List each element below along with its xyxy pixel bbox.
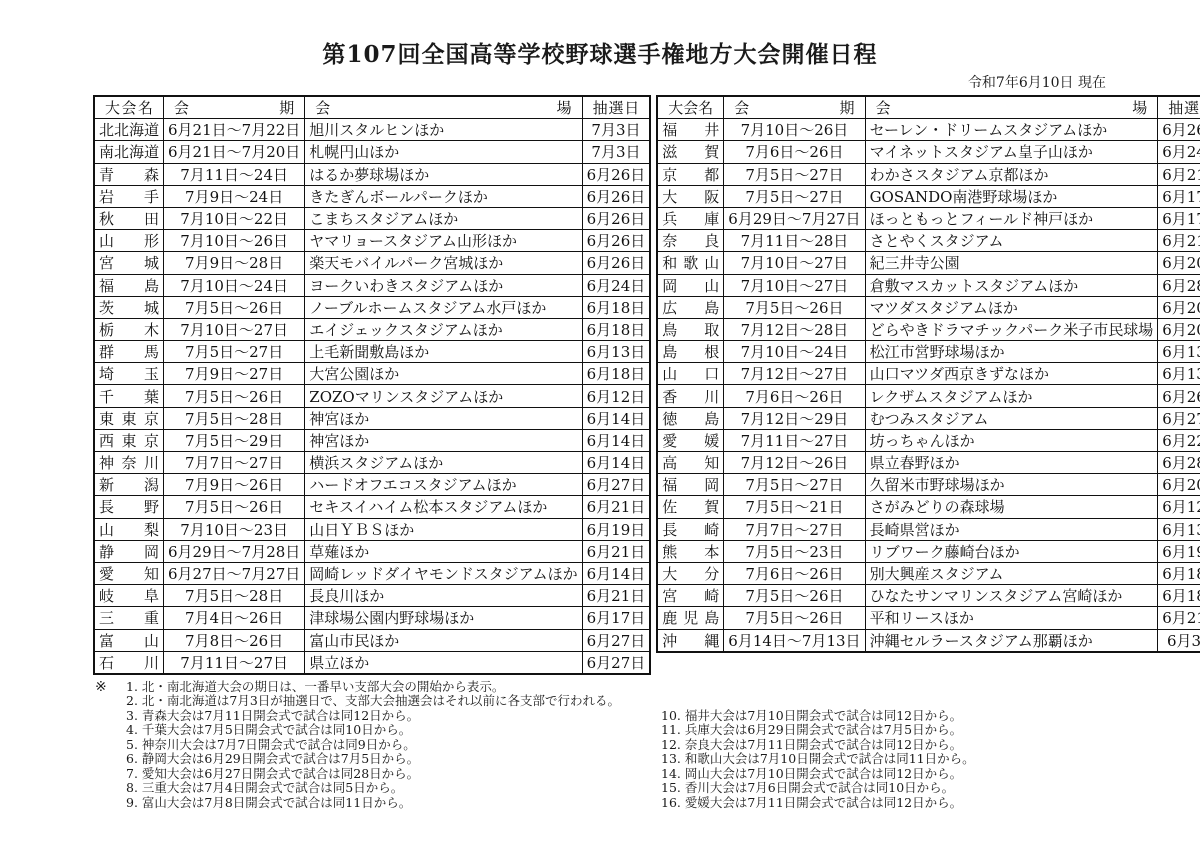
cell-venue: 長良川ほか xyxy=(305,585,582,607)
table-row: 東東京7月5日～28日神宮ほか6月14日 xyxy=(94,407,650,429)
cell-period: 7月9日～24日 xyxy=(164,185,305,207)
cell-tournament-name: 島根 xyxy=(657,341,724,363)
cell-tournament-name: 福井 xyxy=(657,119,724,141)
footnote-item: 1. 北・南北海道大会の期日は、一番早い支部大会の開始から表示。 xyxy=(126,680,661,695)
table-row: 南北海道6月21日～7月20日札幌円山ほか7月3日 xyxy=(94,141,650,163)
cell-tournament-name: 沖縄 xyxy=(657,629,724,652)
header-row: 大会名 会期 会場 抽選日 xyxy=(94,96,650,119)
table-row: 長野7月5日～26日セキスイハイム松本スタジアムほか6月21日 xyxy=(94,496,650,518)
cell-lottery-date: 6月20日 xyxy=(1158,296,1200,318)
cell-venue: 岡崎レッドダイヤモンドスタジアムほか xyxy=(305,562,582,584)
cell-venue: 長崎県営ほか xyxy=(865,518,1158,540)
cell-venue: 富山市民ほか xyxy=(305,629,582,651)
cell-period: 7月5日～29日 xyxy=(164,429,305,451)
cell-lottery-date: 6月21日 xyxy=(1158,607,1200,629)
table-row: 群馬7月5日～27日上毛新聞敷島ほか6月13日 xyxy=(94,341,650,363)
cell-period: 7月11日～27日 xyxy=(164,651,305,674)
cell-lottery-date: 6月20日 xyxy=(1158,474,1200,496)
cell-tournament-name: 青森 xyxy=(94,163,164,185)
cell-period: 7月9日～27日 xyxy=(164,363,305,385)
cell-period: 7月5日～26日 xyxy=(724,585,865,607)
cell-tournament-name: 宮城 xyxy=(94,252,164,274)
cell-period: 7月12日～28日 xyxy=(724,318,865,340)
cell-venue: マツダスタジアムほか xyxy=(865,296,1158,318)
cell-lottery-date: 6月26日 xyxy=(1158,385,1200,407)
cell-lottery-date: 6月28日 xyxy=(1158,452,1200,474)
table-row: 富山7月8日～26日富山市民ほか6月27日 xyxy=(94,629,650,651)
cell-lottery-date: 6月27日 xyxy=(1158,407,1200,429)
cell-venue: GOSANDO南港野球場ほか xyxy=(865,185,1158,207)
table-row: 京都7月5日～27日わかさスタジアム京都ほか6月21日 xyxy=(657,163,1200,185)
cell-tournament-name: 秋田 xyxy=(94,207,164,229)
cell-lottery-date: 6月13日 xyxy=(1158,341,1200,363)
cell-tournament-name: 佐賀 xyxy=(657,496,724,518)
cell-venue: わかさスタジアム京都ほか xyxy=(865,163,1158,185)
document-page: 第107回全国高等学校野球選手権地方大会開催日程 令和7年6月10日 現在 大会… xyxy=(0,0,1200,849)
cell-lottery-date: 6月18日 xyxy=(582,296,650,318)
cell-lottery-date: 6月13日 xyxy=(582,341,650,363)
cell-period: 7月5日～28日 xyxy=(164,407,305,429)
table-row: 沖縄6月14日～7月13日沖縄セルラースタジアム那覇ほか6月3日 xyxy=(657,629,1200,652)
as-of-date: 令和7年6月10日 現在 xyxy=(0,72,1200,92)
column-header-venue: 会場 xyxy=(305,96,582,119)
table-row: 宮城7月9日～28日楽天モバイルパーク宮城ほか6月26日 xyxy=(94,252,650,274)
cell-lottery-date: 6月14日 xyxy=(582,407,650,429)
table-row: 山形7月10日～26日ヤマリョースタジアム山形ほか6月26日 xyxy=(94,230,650,252)
cell-tournament-name: 京都 xyxy=(657,163,724,185)
cell-tournament-name: 岐阜 xyxy=(94,585,164,607)
cell-tournament-name: 徳島 xyxy=(657,407,724,429)
footnote-item: 3. 青森大会は7月11日開会式で試合は同12日から。 xyxy=(126,709,661,724)
cell-period: 7月11日～27日 xyxy=(724,429,865,451)
cell-tournament-name: 茨城 xyxy=(94,296,164,318)
cell-lottery-date: 6月18日 xyxy=(582,318,650,340)
cell-period: 7月5日～26日 xyxy=(164,385,305,407)
cell-tournament-name: 兵庫 xyxy=(657,207,724,229)
footnote-item: 6. 静岡大会は6月29日開会式で試合は7月5日から。 xyxy=(126,752,661,767)
footnote-item: 4. 千葉大会は7月5日開会式で試合は同10日から。 xyxy=(126,723,661,738)
table-row: 熊本7月5日～23日リブワーク藤崎台ほか6月19日 xyxy=(657,540,1200,562)
cell-venue: ノーブルホームスタジアム水戸ほか xyxy=(305,296,582,318)
schedule-tables: 大会名 会期 会場 抽選日 北北海道6月21日～7月22日旭川スタルヒンほか7月… xyxy=(0,95,1200,675)
cell-venue: こまちスタジアムほか xyxy=(305,207,582,229)
cell-period: 6月29日～7月27日 xyxy=(724,207,865,229)
table-row: 鳥取7月12日～28日どらやきドラマチックパーク米子市民球場6月20日 xyxy=(657,318,1200,340)
cell-period: 6月29日～7月28日 xyxy=(164,540,305,562)
table-row: 高知7月12日～26日県立春野ほか6月28日 xyxy=(657,452,1200,474)
cell-period: 7月7日～27日 xyxy=(724,518,865,540)
cell-venue: むつみスタジアム xyxy=(865,407,1158,429)
cell-tournament-name: 石川 xyxy=(94,651,164,674)
cell-venue: さがみどりの森球場 xyxy=(865,496,1158,518)
cell-tournament-name: 鹿児島 xyxy=(657,607,724,629)
table-row: 静岡6月29日～7月28日草薙ほか6月21日 xyxy=(94,540,650,562)
cell-venue: きたぎんボールパークほか xyxy=(305,185,582,207)
cell-tournament-name: 宮崎 xyxy=(657,585,724,607)
cell-period: 6月27日～7月27日 xyxy=(164,562,305,584)
cell-venue: 大宮公園ほか xyxy=(305,363,582,385)
page-title: 第107回全国高等学校野球選手権地方大会開催日程 xyxy=(0,0,1200,69)
cell-period: 7月6日～26日 xyxy=(724,385,865,407)
cell-period: 7月5日～26日 xyxy=(724,607,865,629)
cell-venue: 坊っちゃんほか xyxy=(865,429,1158,451)
cell-period: 7月11日～24日 xyxy=(164,163,305,185)
footnote-marker: ※ xyxy=(95,680,126,695)
table-row: 大分7月6日～26日別大興産スタジアム6月18日 xyxy=(657,562,1200,584)
cell-venue: レクザムスタジアムほか xyxy=(865,385,1158,407)
cell-lottery-date: 6月17日 xyxy=(1158,207,1200,229)
cell-lottery-date: 6月22日 xyxy=(1158,429,1200,451)
table-row: 埼玉7月9日～27日大宮公園ほか6月18日 xyxy=(94,363,650,385)
cell-tournament-name: 埼玉 xyxy=(94,363,164,385)
footnote-item: 12. 奈良大会は7月11日開会式で試合は同12日から。 xyxy=(661,738,975,753)
cell-venue: エイジェックスタジアムほか xyxy=(305,318,582,340)
cell-tournament-name: 富山 xyxy=(94,629,164,651)
table-row: 神奈川7月7日～27日横浜スタジアムほか6月14日 xyxy=(94,452,650,474)
footnote-item: 15. 香川大会は7月6日開会式で試合は同10日から。 xyxy=(661,781,975,796)
table-row: 新潟7月9日～26日ハードオフエコスタジアムほか6月27日 xyxy=(94,474,650,496)
table-row: 徳島7月12日～29日むつみスタジアム6月27日 xyxy=(657,407,1200,429)
cell-tournament-name: 南北海道 xyxy=(94,141,164,163)
column-header-period: 会期 xyxy=(724,96,865,119)
table-row: 千葉7月5日～26日ZOZOマリンスタジアムほか6月12日 xyxy=(94,385,650,407)
cell-lottery-date: 6月26日 xyxy=(1158,119,1200,141)
cell-tournament-name: 和歌山 xyxy=(657,252,724,274)
table-row: 秋田7月10日～22日こまちスタジアムほか6月26日 xyxy=(94,207,650,229)
cell-venue: ヤマリョースタジアム山形ほか xyxy=(305,230,582,252)
cell-tournament-name: 広島 xyxy=(657,296,724,318)
cell-tournament-name: 岩手 xyxy=(94,185,164,207)
cell-tournament-name: 高知 xyxy=(657,452,724,474)
cell-period: 7月10日～24日 xyxy=(724,341,865,363)
column-header-tournament: 大会名 xyxy=(94,96,164,119)
header-row: 大会名 会期 会場 抽選日 xyxy=(657,96,1200,119)
cell-lottery-date: 6月13日 xyxy=(1158,518,1200,540)
cell-tournament-name: 愛知 xyxy=(94,562,164,584)
table-row: 広島7月5日～26日マツダスタジアムほか6月20日 xyxy=(657,296,1200,318)
cell-lottery-date: 6月14日 xyxy=(582,562,650,584)
footnotes-left-column: 1. 北・南北海道大会の期日は、一番早い支部大会の開始から表示。2. 北・南北海… xyxy=(126,680,661,811)
table-row: 香川7月6日～26日レクザムスタジアムほか6月26日 xyxy=(657,385,1200,407)
table-row: 福井7月10日～26日セーレン・ドリームスタジアムほか6月26日 xyxy=(657,119,1200,141)
cell-tournament-name: 千葉 xyxy=(94,385,164,407)
table-row: 奈良7月11日～28日さとやくスタジアム6月21日 xyxy=(657,230,1200,252)
cell-tournament-name: 大阪 xyxy=(657,185,724,207)
cell-lottery-date: 6月21日 xyxy=(1158,230,1200,252)
cell-tournament-name: 奈良 xyxy=(657,230,724,252)
cell-period: 7月4日～26日 xyxy=(164,607,305,629)
cell-lottery-date: 6月21日 xyxy=(582,585,650,607)
footnote-item: 13. 和歌山大会は7月10日開会式で試合は同11日から。 xyxy=(661,752,975,767)
cell-venue: 松江市営野球場ほか xyxy=(865,341,1158,363)
table-row: 滋賀7月6日～26日マイネットスタジアム皇子山ほか6月24日 xyxy=(657,141,1200,163)
cell-period: 7月5日～26日 xyxy=(164,496,305,518)
footnote-item: 2. 北・南北海道は7月3日が抽選日で、支部大会抽選会はそれ以前に各支部で行われ… xyxy=(126,694,661,709)
cell-venue: 旭川スタルヒンほか xyxy=(305,119,582,141)
cell-tournament-name: 大分 xyxy=(657,562,724,584)
cell-venue: セキスイハイム松本スタジアムほか xyxy=(305,496,582,518)
cell-lottery-date: 6月26日 xyxy=(582,230,650,252)
cell-tournament-name: 新潟 xyxy=(94,474,164,496)
column-header-period: 会期 xyxy=(164,96,305,119)
cell-tournament-name: 神奈川 xyxy=(94,452,164,474)
cell-venue: 別大興産スタジアム xyxy=(865,562,1158,584)
cell-venue: 横浜スタジアムほか xyxy=(305,452,582,474)
cell-venue: 札幌円山ほか xyxy=(305,141,582,163)
cell-venue: ヨークいわきスタジアムほか xyxy=(305,274,582,296)
cell-lottery-date: 6月14日 xyxy=(582,429,650,451)
cell-tournament-name: 香川 xyxy=(657,385,724,407)
cell-lottery-date: 6月27日 xyxy=(582,629,650,651)
cell-period: 7月10日～27日 xyxy=(724,274,865,296)
cell-venue: 倉敷マスカットスタジアムほか xyxy=(865,274,1158,296)
table-row: 愛知6月27日～7月27日岡崎レッドダイヤモンドスタジアムほか6月14日 xyxy=(94,562,650,584)
cell-tournament-name: 静岡 xyxy=(94,540,164,562)
cell-lottery-date: 6月3日 xyxy=(1158,629,1200,652)
column-header-tournament: 大会名 xyxy=(657,96,724,119)
cell-venue: 久留米市野球場ほか xyxy=(865,474,1158,496)
schedule-table-left: 大会名 会期 会場 抽選日 北北海道6月21日～7月22日旭川スタルヒンほか7月… xyxy=(93,95,651,675)
cell-lottery-date: 6月27日 xyxy=(582,474,650,496)
footnote-item: 5. 神奈川大会は7月7日開会式で試合は同9日から。 xyxy=(126,738,661,753)
cell-tournament-name: 栃木 xyxy=(94,318,164,340)
schedule-table-right: 大会名 会期 会場 抽選日 福井7月10日～26日セーレン・ドリームスタジアムほ… xyxy=(656,95,1200,653)
cell-venue: 楽天モバイルパーク宮城ほか xyxy=(305,252,582,274)
cell-tournament-name: 群馬 xyxy=(94,341,164,363)
table-row: 岡山7月10日～27日倉敷マスカットスタジアムほか6月28日 xyxy=(657,274,1200,296)
cell-period: 6月14日～7月13日 xyxy=(724,629,865,652)
cell-lottery-date: 6月26日 xyxy=(582,163,650,185)
table-row: 鹿児島7月5日～26日平和リースほか6月21日 xyxy=(657,607,1200,629)
cell-venue: セーレン・ドリームスタジアムほか xyxy=(865,119,1158,141)
cell-lottery-date: 6月13日 xyxy=(1158,363,1200,385)
cell-venue: はるか夢球場ほか xyxy=(305,163,582,185)
cell-lottery-date: 6月14日 xyxy=(582,452,650,474)
cell-period: 7月9日～26日 xyxy=(164,474,305,496)
cell-lottery-date: 6月28日 xyxy=(1158,274,1200,296)
table-row: 茨城7月5日～26日ノーブルホームスタジアム水戸ほか6月18日 xyxy=(94,296,650,318)
table-row: 佐賀7月5日～21日さがみどりの森球場6月12日 xyxy=(657,496,1200,518)
cell-venue: 山口マツダ西京きずなほか xyxy=(865,363,1158,385)
column-header-lottery: 抽選日 xyxy=(582,96,650,119)
cell-lottery-date: 6月19日 xyxy=(1158,540,1200,562)
cell-period: 7月6日～26日 xyxy=(724,562,865,584)
cell-period: 7月5日～21日 xyxy=(724,496,865,518)
cell-venue: ひなたサンマリンスタジアム宮崎ほか xyxy=(865,585,1158,607)
cell-venue: ほっともっとフィールド神戸ほか xyxy=(865,207,1158,229)
cell-tournament-name: 北北海道 xyxy=(94,119,164,141)
cell-period: 6月21日～7月22日 xyxy=(164,119,305,141)
cell-venue: 県立ほか xyxy=(305,651,582,674)
cell-venue: 紀三井寺公園 xyxy=(865,252,1158,274)
cell-tournament-name: 山形 xyxy=(94,230,164,252)
cell-venue: さとやくスタジアム xyxy=(865,230,1158,252)
cell-period: 7月10日～26日 xyxy=(164,230,305,252)
table-row: 北北海道6月21日～7月22日旭川スタルヒンほか7月3日 xyxy=(94,119,650,141)
cell-tournament-name: 長崎 xyxy=(657,518,724,540)
cell-venue: ZOZOマリンスタジアムほか xyxy=(305,385,582,407)
cell-lottery-date: 6月21日 xyxy=(582,496,650,518)
table-row: 石川7月11日～27日県立ほか6月27日 xyxy=(94,651,650,674)
footnote-item: 11. 兵庫大会は6月29日開会式で試合は7月5日から。 xyxy=(661,723,975,738)
cell-lottery-date: 6月12日 xyxy=(1158,496,1200,518)
cell-venue: 平和リースほか xyxy=(865,607,1158,629)
table-row: 宮崎7月5日～26日ひなたサンマリンスタジアム宮崎ほか6月18日 xyxy=(657,585,1200,607)
cell-period: 7月5日～27日 xyxy=(164,341,305,363)
table-row: 長崎7月7日～27日長崎県営ほか6月13日 xyxy=(657,518,1200,540)
cell-tournament-name: 滋賀 xyxy=(657,141,724,163)
cell-period: 7月12日～27日 xyxy=(724,363,865,385)
cell-tournament-name: 熊本 xyxy=(657,540,724,562)
column-header-lottery: 抽選日 xyxy=(1158,96,1200,119)
cell-period: 7月5日～27日 xyxy=(724,474,865,496)
table-row: 三重7月4日～26日津球場公園内野球場ほか6月17日 xyxy=(94,607,650,629)
cell-period: 7月5日～27日 xyxy=(724,163,865,185)
cell-period: 7月12日～26日 xyxy=(724,452,865,474)
cell-lottery-date: 6月20日 xyxy=(1158,252,1200,274)
footnote-item: 8. 三重大会は7月4日開会式で試合は同5日から。 xyxy=(126,781,661,796)
cell-lottery-date: 7月3日 xyxy=(582,141,650,163)
cell-venue: 津球場公園内野球場ほか xyxy=(305,607,582,629)
cell-period: 7月5日～23日 xyxy=(724,540,865,562)
table-row: 和歌山7月10日～27日紀三井寺公園6月20日 xyxy=(657,252,1200,274)
cell-tournament-name: 福島 xyxy=(94,274,164,296)
cell-lottery-date: 6月26日 xyxy=(582,252,650,274)
footnotes: ※ 1. 北・南北海道大会の期日は、一番早い支部大会の開始から表示。2. 北・南… xyxy=(0,680,1200,811)
cell-period: 6月21日～7月20日 xyxy=(164,141,305,163)
cell-period: 7月10日～26日 xyxy=(724,119,865,141)
cell-period: 7月9日～28日 xyxy=(164,252,305,274)
cell-lottery-date: 6月21日 xyxy=(582,540,650,562)
table-row: 福島7月10日～24日ヨークいわきスタジアムほか6月24日 xyxy=(94,274,650,296)
cell-venue: 山日ＹＢＳほか xyxy=(305,518,582,540)
cell-period: 7月10日～22日 xyxy=(164,207,305,229)
cell-venue: マイネットスタジアム皇子山ほか xyxy=(865,141,1158,163)
table-row: 大阪7月5日～27日GOSANDO南港野球場ほか6月17日 xyxy=(657,185,1200,207)
table-row: 兵庫6月29日～7月27日ほっともっとフィールド神戸ほか6月17日 xyxy=(657,207,1200,229)
table-row: 山口7月12日～27日山口マツダ西京きずなほか6月13日 xyxy=(657,363,1200,385)
cell-venue: 県立春野ほか xyxy=(865,452,1158,474)
cell-lottery-date: 6月12日 xyxy=(582,385,650,407)
cell-lottery-date: 6月18日 xyxy=(582,363,650,385)
cell-period: 7月5日～26日 xyxy=(724,296,865,318)
cell-lottery-date: 6月18日 xyxy=(1158,562,1200,584)
cell-venue: 神宮ほか xyxy=(305,407,582,429)
cell-period: 7月10日～23日 xyxy=(164,518,305,540)
footnote-item: 7. 愛知大会は6月27日開会式で試合は同28日から。 xyxy=(126,767,661,782)
cell-lottery-date: 6月24日 xyxy=(582,274,650,296)
cell-period: 7月10日～27日 xyxy=(164,318,305,340)
footnote-item: 9. 富山大会は7月8日開会式で試合は同11日から。 xyxy=(126,796,661,811)
cell-venue: 沖縄セルラースタジアム那覇ほか xyxy=(865,629,1158,652)
cell-tournament-name: 愛媛 xyxy=(657,429,724,451)
cell-period: 7月8日～26日 xyxy=(164,629,305,651)
cell-lottery-date: 7月3日 xyxy=(582,119,650,141)
table-row: 岐阜7月5日～28日長良川ほか6月21日 xyxy=(94,585,650,607)
cell-lottery-date: 6月20日 xyxy=(1158,318,1200,340)
cell-venue: どらやきドラマチックパーク米子市民球場 xyxy=(865,318,1158,340)
cell-tournament-name: 山口 xyxy=(657,363,724,385)
cell-tournament-name: 福岡 xyxy=(657,474,724,496)
cell-period: 7月11日～28日 xyxy=(724,230,865,252)
table-row: 栃木7月10日～27日エイジェックスタジアムほか6月18日 xyxy=(94,318,650,340)
cell-lottery-date: 6月17日 xyxy=(1158,185,1200,207)
footnote-item: 16. 愛媛大会は7月11日開会式で試合は同12日から。 xyxy=(661,796,975,811)
cell-tournament-name: 鳥取 xyxy=(657,318,724,340)
cell-period: 7月5日～27日 xyxy=(724,185,865,207)
footnote-item: 10. 福井大会は7月10日開会式で試合は同12日から。 xyxy=(661,709,975,724)
cell-venue: リブワーク藤崎台ほか xyxy=(865,540,1158,562)
cell-venue: 草薙ほか xyxy=(305,540,582,562)
cell-period: 7月7日～27日 xyxy=(164,452,305,474)
cell-venue: 上毛新聞敷島ほか xyxy=(305,341,582,363)
cell-lottery-date: 6月26日 xyxy=(582,185,650,207)
table-row: 愛媛7月11日～27日坊っちゃんほか6月22日 xyxy=(657,429,1200,451)
table-row: 山梨7月10日～23日山日ＹＢＳほか6月19日 xyxy=(94,518,650,540)
table-row: 西東京7月5日～29日神宮ほか6月14日 xyxy=(94,429,650,451)
cell-lottery-date: 6月27日 xyxy=(582,651,650,674)
cell-period: 7月10日～27日 xyxy=(724,252,865,274)
cell-venue: 神宮ほか xyxy=(305,429,582,451)
cell-tournament-name: 三重 xyxy=(94,607,164,629)
cell-lottery-date: 6月21日 xyxy=(1158,163,1200,185)
cell-lottery-date: 6月18日 xyxy=(1158,585,1200,607)
cell-period: 7月6日～26日 xyxy=(724,141,865,163)
cell-tournament-name: 東東京 xyxy=(94,407,164,429)
cell-lottery-date: 6月26日 xyxy=(582,207,650,229)
table-row: 福岡7月5日～27日久留米市野球場ほか6月20日 xyxy=(657,474,1200,496)
column-header-venue: 会場 xyxy=(865,96,1158,119)
cell-lottery-date: 6月24日 xyxy=(1158,141,1200,163)
cell-lottery-date: 6月17日 xyxy=(582,607,650,629)
cell-period: 7月5日～28日 xyxy=(164,585,305,607)
cell-period: 7月10日～24日 xyxy=(164,274,305,296)
cell-period: 7月12日～29日 xyxy=(724,407,865,429)
cell-venue: ハードオフエコスタジアムほか xyxy=(305,474,582,496)
cell-tournament-name: 西東京 xyxy=(94,429,164,451)
footnotes-right-column: 10. 福井大会は7月10日開会式で試合は同12日から。11. 兵庫大会は6月2… xyxy=(661,709,975,811)
cell-tournament-name: 長野 xyxy=(94,496,164,518)
table-row: 岩手7月9日～24日きたぎんボールパークほか6月26日 xyxy=(94,185,650,207)
cell-period: 7月5日～26日 xyxy=(164,296,305,318)
footnote-item: 14. 岡山大会は7月10日開会式で試合は同12日から。 xyxy=(661,767,975,782)
cell-tournament-name: 山梨 xyxy=(94,518,164,540)
table-row: 青森7月11日～24日はるか夢球場ほか6月26日 xyxy=(94,163,650,185)
cell-tournament-name: 岡山 xyxy=(657,274,724,296)
table-row: 島根7月10日～24日松江市営野球場ほか6月13日 xyxy=(657,341,1200,363)
cell-lottery-date: 6月19日 xyxy=(582,518,650,540)
